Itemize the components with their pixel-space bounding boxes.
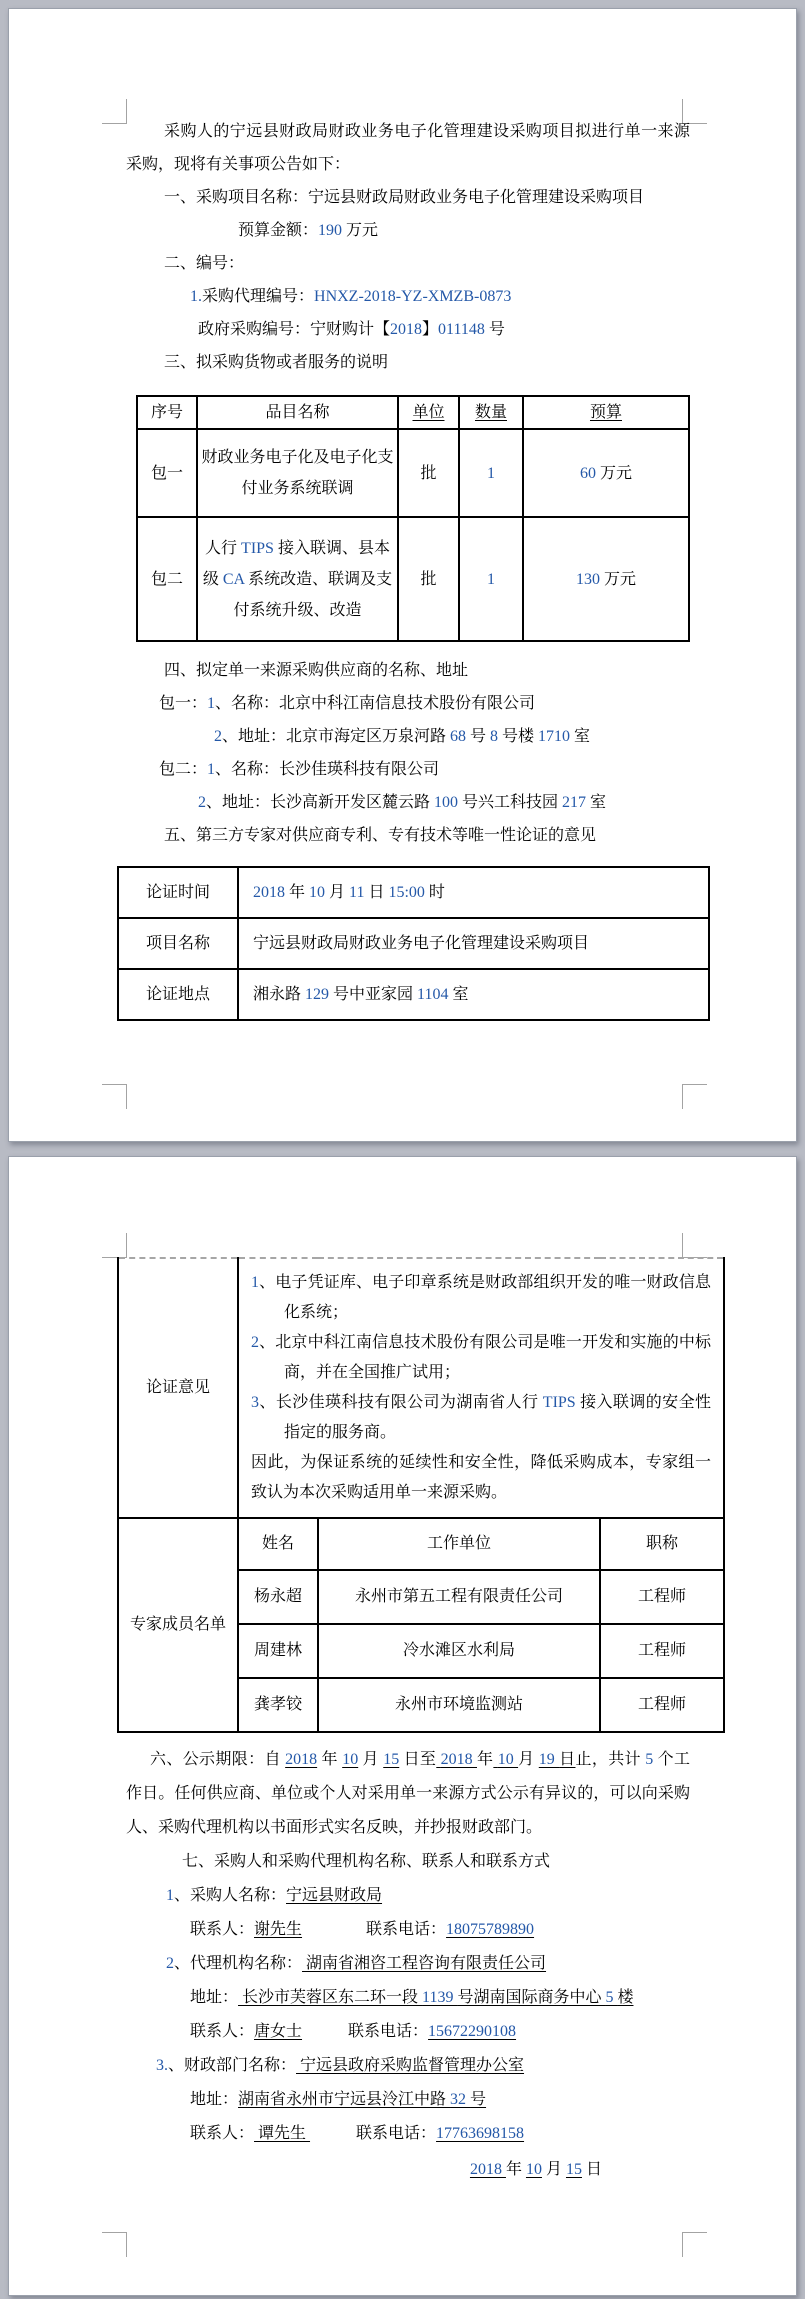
latin-text: 100 xyxy=(434,794,462,811)
page-1-text-area: 采购人的宁远县财政局财政业务电子化管理建设采购项目拟进行单一来源采购，现将有关事… xyxy=(126,9,690,1021)
expert-title-cell: 工程师 xyxy=(600,1624,724,1678)
agency-contact-line: 联系人：唐女士联系电话：15672290108 xyxy=(126,2015,690,2049)
section-3-heading: 三、拟采购货物或者服务的说明 xyxy=(126,346,690,379)
table1-cell: 批 xyxy=(398,517,459,641)
latin-text: 1 xyxy=(251,1274,259,1291)
text-segment: 年 xyxy=(506,2161,526,2178)
latin-text: 011148 xyxy=(438,321,489,338)
latin-text: CA xyxy=(223,571,248,588)
latin-text: 2018 xyxy=(441,1751,477,1768)
table1-header-cell: 预算 xyxy=(523,396,689,429)
latin-text: 15:00 xyxy=(388,884,428,901)
latin-text: 60 xyxy=(580,465,600,482)
field-label: 联系电话： xyxy=(356,2125,436,2142)
table-row: 项目名称 宁远县财政局财政业务电子化管理建设采购项目 xyxy=(118,918,709,969)
underlined-date-part: 15 xyxy=(566,2161,582,2178)
section-6-paragraph: 六、公示期限：自 2018 年 10 月 15 日至 2018 年 10 月 1… xyxy=(126,1743,690,1845)
latin-text: 1710 xyxy=(538,728,574,745)
document-page-1: 采购人的宁远县财政局财政业务电子化管理建设采购项目拟进行单一来源采购，现将有关事… xyxy=(8,8,797,1142)
expert-title-cell: 工程师 xyxy=(600,1678,724,1732)
latin-text: 15 xyxy=(383,1751,399,1768)
underlined-date-part: 19 日 xyxy=(539,1751,576,1768)
latin-text: 10 xyxy=(498,1751,518,1768)
underlined-date-part: 2018 xyxy=(470,2161,506,2178)
field-label: 联系人： xyxy=(190,2023,254,2040)
latin-text: 1 xyxy=(207,761,215,778)
experts-header-cell: 工作单位 xyxy=(318,1518,600,1570)
expert-name-cell: 龚孝铰 xyxy=(238,1678,318,1732)
margin-corner-mark xyxy=(102,1233,127,1258)
table2-value-cell: 2018 年 10 月 11 日 15:00 时 xyxy=(238,867,709,918)
signature-date-line: 2018 年 10 月 15 日 xyxy=(126,2153,690,2187)
package-1-supplier-address: 2、地址：北京市海定区万泉河路 68 号 8 号楼 1710 室 xyxy=(126,720,690,753)
intro-paragraph: 采购人的宁远县财政局财政业务电子化管理建设采购项目拟进行单一来源采购，现将有关事… xyxy=(126,115,690,181)
field-value: 宁远县政府采购监督管理办公室 xyxy=(296,2057,524,2074)
experts-header-cell: 职称 xyxy=(600,1518,724,1570)
latin-text: 11 xyxy=(349,884,368,901)
latin-text: 10 xyxy=(309,884,329,901)
latin-text: 1104 xyxy=(417,986,452,1003)
opinion-item: 1、电子凭证库、电子印章系统是财政部组织开发的唯一财政信息化系统； xyxy=(251,1268,711,1328)
latin-text: 5 xyxy=(645,1751,657,1768)
margin-corner-mark xyxy=(682,1084,707,1109)
demonstration-info-table: 论证时间 2018 年 10 月 11 日 15:00 时 项目名称 宁远县财政… xyxy=(117,866,710,1021)
table1-cell: 批 xyxy=(398,429,459,517)
table1-header-cell: 数量 xyxy=(459,396,523,429)
latin-text: 2018 xyxy=(390,321,422,338)
latin-text: 2018 xyxy=(253,884,289,901)
field-label: 地址： xyxy=(190,2091,238,2108)
opinion-content-cell: 1、电子凭证库、电子印章系统是财政部组织开发的唯一财政信息化系统； 2、北京中科… xyxy=(238,1258,724,1518)
underlined-date-part: 15 xyxy=(383,1751,399,1768)
margin-corner-mark xyxy=(102,1084,127,1109)
purchaser-contact-line: 联系人：谢先生联系电话：18075789890 xyxy=(126,1913,690,1947)
field-value: 18075789890 xyxy=(446,1921,534,1938)
field-label: 2、代理机构名称： xyxy=(166,1955,302,1972)
expert-org-cell: 永州市第五工程有限责任公司 xyxy=(318,1570,600,1624)
field-label: 1、采购人名称： xyxy=(166,1887,286,1904)
table2-value-cell: 湘永路 129 号中亚家园 1104 室 xyxy=(238,969,709,1020)
latin-text: 2018 xyxy=(285,1751,317,1768)
section-5-heading: 五、第三方专家对供应商专利、专有技术等唯一性论证的意见 xyxy=(126,819,690,852)
table2-value-cell: 宁远县财政局财政业务电子化管理建设采购项目 xyxy=(238,918,709,969)
field-label: 地址： xyxy=(190,1989,238,2006)
table1-cell: 60 万元 xyxy=(523,429,689,517)
table1-header-cell: 序号 xyxy=(137,396,197,429)
text-segment: 日至 xyxy=(399,1751,436,1768)
page-2-text-area: 论证意见 1、电子凭证库、电子印章系统是财政部组织开发的唯一财政信息化系统； 2… xyxy=(126,1157,690,2187)
finance-dept-name-line: 3.、财政部门名称： 宁远县政府采购监督管理办公室 xyxy=(126,2049,690,2083)
text-segment: 月 xyxy=(542,2161,566,2178)
gov-procurement-code-line: 政府采购编号：宁财购计【2018】011148 号 xyxy=(126,313,690,346)
agency-name-line: 2、代理机构名称： 湖南省湘咨工程咨询有限责任公司 xyxy=(126,1947,690,1981)
table1-cell: 包一 xyxy=(137,429,197,517)
latin-text: 217 xyxy=(562,794,590,811)
underlined-date-part: 10 xyxy=(342,1751,358,1768)
section-2-heading: 二、编号： xyxy=(126,247,690,280)
field-label: 联系人： xyxy=(190,1921,254,1938)
field-label: 3.、财政部门名称： xyxy=(156,2057,296,2074)
latin-text: 2 xyxy=(251,1334,259,1351)
latin-text: 3. xyxy=(156,2057,168,2074)
expert-title-cell: 工程师 xyxy=(600,1570,724,1624)
latin-text: 3 xyxy=(251,1394,259,1411)
field-value: 15672290108 xyxy=(428,2023,516,2040)
agency-address-line: 地址： 长沙市芙蓉区东二环一段 1139 号湖南国际商务中心 5 楼 xyxy=(126,1981,690,2015)
latin-text: TIPS xyxy=(241,540,278,557)
latin-text: 10 xyxy=(526,2161,542,2178)
table1-cell: 130 万元 xyxy=(523,517,689,641)
latin-text: TIPS xyxy=(543,1394,580,1411)
latin-text: 1. xyxy=(190,288,202,305)
package-2-supplier-name: 包二：1、名称：长沙佳瑛科技有限公司 xyxy=(126,753,690,786)
experts-header-row: 专家成员名单 姓名 工作单位 职称 xyxy=(118,1518,724,1570)
latin-text: 2018 xyxy=(470,2161,506,2178)
field-value: 谢先生 xyxy=(254,1921,302,1938)
latin-text: 2 xyxy=(214,728,222,745)
latin-text: 2 xyxy=(198,794,206,811)
table-row: 包一 财政业务电子化及电子化支付业务系统联调 批 1 60 万元 xyxy=(137,429,689,517)
expert-org-cell: 冷水滩区水利局 xyxy=(318,1624,600,1678)
table1-cell: 1 xyxy=(459,429,523,517)
table2-label-cell: 项目名称 xyxy=(118,918,238,969)
latin-text: 5 xyxy=(605,1989,617,2006)
experts-label-cell: 专家成员名单 xyxy=(118,1518,238,1732)
latin-text: 1 xyxy=(487,465,495,482)
opinion-label-cell: 论证意见 xyxy=(118,1258,238,1518)
table-row: 包二 人行 TIPS 接入联调、县本级 CA 系统改造、联调及支付系统升级、改造… xyxy=(137,517,689,641)
latin-text: 32 xyxy=(450,2091,470,2108)
table1-header-cell: 单位 xyxy=(398,396,459,429)
field-value: 17763698158 xyxy=(436,2125,524,2142)
field-label: 联系电话： xyxy=(366,1921,446,1938)
latin-text: 18075789890 xyxy=(446,1921,534,1938)
table-header-row: 序号 品目名称 单位 数量 预算 xyxy=(137,396,689,429)
latin-text: 15 xyxy=(566,2161,582,2178)
word-document-view: { "ui": { "background_color": "#b8bbc4",… xyxy=(0,0,805,2299)
table1-cell: 人行 TIPS 接入联调、县本级 CA 系统改造、联调及支付系统升级、改造 xyxy=(197,517,398,641)
table-row: 论证时间 2018 年 10 月 11 日 15:00 时 xyxy=(118,867,709,918)
latin-text: 19 xyxy=(539,1751,559,1768)
opinion-and-experts-table: 论证意见 1、电子凭证库、电子印章系统是财政部组织开发的唯一财政信息化系统； 2… xyxy=(117,1257,725,1733)
field-value: 湖南省永州市宁远县泠江中路 32 号 xyxy=(238,2091,486,2108)
latin-text: 10 xyxy=(342,1751,358,1768)
field-value: 长沙市芙蓉区东二环一段 1139 号湖南国际商务中心 5 楼 xyxy=(238,1989,633,2006)
text-segment: 六、公示期限：自 xyxy=(150,1751,285,1768)
opinion-conclusion: 因此，为保证系统的延续性和安全性，降低采购成本，专家组一致认为本次采购适用单一来… xyxy=(251,1448,711,1508)
experts-header-cell: 姓名 xyxy=(238,1518,318,1570)
opinion-item: 2、北京中科江南信息技术股份有限公司是唯一开发和实施的中标商，并在全国推广试用； xyxy=(251,1328,711,1388)
margin-corner-mark xyxy=(102,2232,127,2257)
opinion-item: 3、长沙佳瑛科技有限公司为湖南省人行 TIPS 接入联调的安全性指定的服务商。 xyxy=(251,1388,711,1448)
latin-text: 130 xyxy=(576,571,604,588)
agency-code-line: 1.采购代理编号：HNXZ-2018-YZ-XMZB-0873 xyxy=(126,280,690,313)
margin-corner-mark xyxy=(682,2232,707,2257)
expert-name-cell: 杨永超 xyxy=(238,1570,318,1624)
table1-header-cell: 品目名称 xyxy=(197,396,398,429)
text-segment: 年 xyxy=(477,1751,493,1768)
table-row: 论证意见 1、电子凭证库、电子印章系统是财政部组织开发的唯一财政信息化系统； 2… xyxy=(118,1258,724,1518)
text-segment: 日 xyxy=(582,2161,602,2178)
expert-org-cell: 永州市环境监测站 xyxy=(318,1678,600,1732)
field-label: 联系电话： xyxy=(348,2023,428,2040)
budget-line: 预算金额：190 万元 xyxy=(126,214,690,247)
latin-text: 190 xyxy=(318,222,346,239)
document-page-2: 论证意见 1、电子凭证库、电子印章系统是财政部组织开发的唯一财政信息化系统； 2… xyxy=(8,1156,797,2296)
section-1-heading: 一、采购项目名称：宁远县财政局财政业务电子化管理建设采购项目 xyxy=(126,181,690,214)
field-label: 联系人： xyxy=(190,2125,254,2142)
table-row: 论证地点 湘永路 129 号中亚家园 1104 室 xyxy=(118,969,709,1020)
underlined-date-part: 10 xyxy=(526,2161,542,2178)
latin-text: 17763698158 xyxy=(436,2125,524,2142)
latin-text: 1139 xyxy=(422,1989,457,2006)
latin-text: 15672290108 xyxy=(428,2023,516,2040)
latin-text: HNXZ-2018-YZ-XMZB-0873 xyxy=(314,288,511,305)
underlined-date-part: 2018 xyxy=(285,1751,317,1768)
expert-name-cell: 周建林 xyxy=(238,1624,318,1678)
underlined-date-part: 2018 xyxy=(436,1751,477,1768)
margin-corner-mark xyxy=(102,99,127,124)
table1-cell: 1 xyxy=(459,517,523,641)
purchaser-name-line: 1、采购人名称：宁远县财政局 xyxy=(126,1879,690,1913)
text-segment: 月 xyxy=(358,1751,383,1768)
field-value: 宁远县财政局 xyxy=(286,1887,382,1904)
table1-cell: 财政业务电子化及电子化支付业务系统联调 xyxy=(197,429,398,517)
finance-dept-contact-line: 联系人： 谭先生 联系电话：17763698158 xyxy=(126,2117,690,2151)
section-7-heading: 七、采购人和采购代理机构名称、联系人和联系方式 xyxy=(126,1845,690,1879)
latin-text: 1 xyxy=(487,571,495,588)
table2-label-cell: 论证时间 xyxy=(118,867,238,918)
field-value: 谭先生 xyxy=(254,2125,310,2142)
text-segment: 年 xyxy=(317,1751,342,1768)
latin-text: 129 xyxy=(305,986,333,1003)
latin-text: 8 xyxy=(490,728,502,745)
package-2-supplier-address: 2、地址：长沙高新开发区麓云路 100 号兴工科技园 217 室 xyxy=(126,786,690,819)
latin-text: 1 xyxy=(207,695,215,712)
package-1-supplier-name: 包一：1、名称：北京中科江南信息技术股份有限公司 xyxy=(126,687,690,720)
underlined-date-part: 10 xyxy=(493,1751,518,1768)
latin-text: 2 xyxy=(166,1955,174,1972)
latin-text: 1 xyxy=(166,1887,174,1904)
text-segment: 月 xyxy=(518,1751,539,1768)
goods-description-table: 序号 品目名称 单位 数量 预算 包一 财政业务电子化及电子化支付业务系统联调 … xyxy=(136,395,690,642)
field-value: 湖南省湘咨工程咨询有限责任公司 xyxy=(302,1955,546,1972)
table1-cell: 包二 xyxy=(137,517,197,641)
latin-text: 68 xyxy=(450,728,470,745)
table2-label-cell: 论证地点 xyxy=(118,969,238,1020)
finance-dept-address-line: 地址：湖南省永州市宁远县泠江中路 32 号 xyxy=(126,2083,690,2117)
field-value: 唐女士 xyxy=(254,2023,302,2040)
section-4-heading: 四、拟定单一来源采购供应商的名称、地址 xyxy=(126,654,690,687)
